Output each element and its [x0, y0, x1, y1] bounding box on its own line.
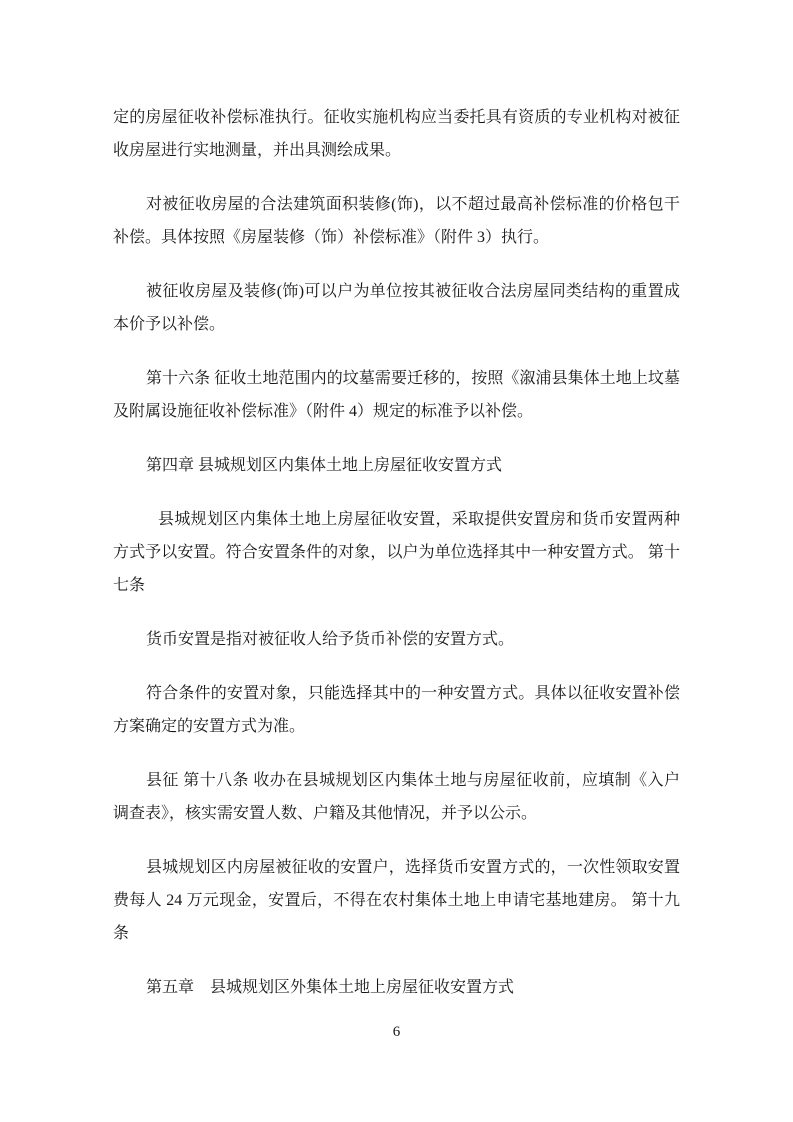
document-page: 定的房屋征收补偿标准执行。征收实施机构应当委托具有资质的专业机构对被征收房屋进行…	[0, 0, 793, 1122]
document-body: 定的房屋征收补偿标准执行。征收实施机构应当委托具有资质的专业机构对被征收房屋进行…	[113, 101, 680, 1025]
paragraph: 第十六条 征收土地范围内的坟墓需要迁移的，按照《溆浦县集体土地上坟墓及附属设施征…	[113, 362, 680, 428]
paragraph: 县城规划区内集体土地上房屋征收安置，采取提供安置房和货币安置两种方式予以安置。符…	[113, 503, 680, 602]
paragraph: 县征 第十八条 收办在县城规划区内集体土地与房屋征收前，应填制《入户调查表》，核…	[113, 764, 680, 830]
paragraph: 被征收房屋及装修(饰)可以户为单位按其被征收合法房屋同类结构的重置成本价予以补偿…	[113, 275, 680, 341]
chapter-heading: 第五章 县城规划区外集体土地上房屋征收安置方式	[113, 971, 680, 1004]
paragraph: 县城规划区内房屋被征收的安置户，选择货币安置方式的，一次性领取安置费每人 24 …	[113, 851, 680, 950]
paragraph: 货币安置是指对被征收人给予货币补偿的安置方式。	[113, 623, 680, 656]
paragraph: 对被征收房屋的合法建筑面积装修(饰)，以不超过最高补偿标准的价格包干补偿。具体按…	[113, 188, 680, 254]
page-number: 6	[0, 1024, 793, 1041]
paragraph: 定的房屋征收补偿标准执行。征收实施机构应当委托具有资质的专业机构对被征收房屋进行…	[113, 101, 680, 167]
paragraph: 符合条件的安置对象，只能选择其中的一种安置方式。具体以征收安置补偿方案确定的安置…	[113, 677, 680, 743]
chapter-heading: 第四章 县城规划区内集体土地上房屋征收安置方式	[113, 449, 680, 482]
